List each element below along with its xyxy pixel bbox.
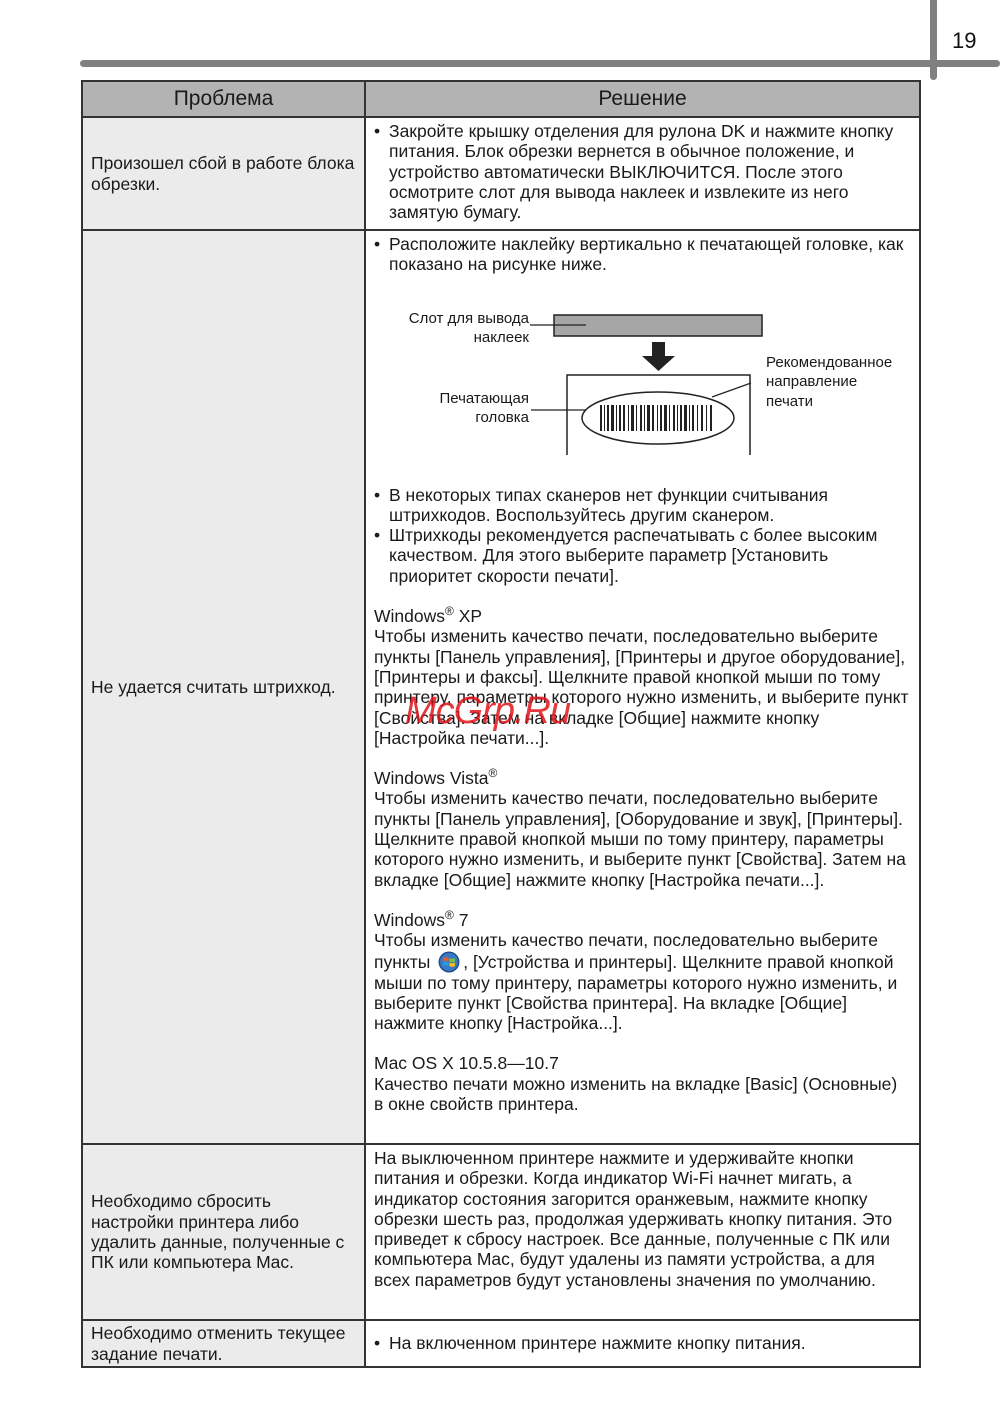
table-row: Необходимо отменить текущее задание печа… <box>82 1320 920 1367</box>
label-orientation-diagram: Слот для вывода наклеек Печатающая голов… <box>374 275 911 485</box>
solution-cell: Закройте крышку отделения для рулона DK … <box>365 117 920 230</box>
solution-cell: На выключенном принтере нажмите и удержи… <box>365 1144 920 1320</box>
label-print-direction: Рекомендованное направление печати <box>766 353 892 412</box>
label-output-slot: Слот для вывода наклеек <box>396 309 529 348</box>
problem-cell: Необходимо отменить текущее задание печа… <box>82 1320 365 1367</box>
table-header-row: Проблема Решение <box>82 81 920 117</box>
solution-bullet: В некоторых типах сканеров нет функции с… <box>374 485 911 526</box>
solution-bullet: На включенном принтере нажмите кнопку пи… <box>374 1333 911 1353</box>
solution-bullet: Расположите наклейку вертикально к печат… <box>374 234 911 275</box>
os-instructions-mac: Качество печати можно изменить на вкладк… <box>374 1074 911 1115</box>
column-header-solution: Решение <box>365 81 920 117</box>
problem-cell: Необходимо сбросить настройки принтера л… <box>82 1144 365 1320</box>
column-header-problem: Проблема <box>82 81 365 117</box>
os-heading-mac: Mac OS X 10.5.8—10.7 <box>374 1053 911 1073</box>
solution-bullet: Штрихкоды рекомендуется распечатывать с … <box>374 525 911 586</box>
os-heading-windows-vista: Windows Vista® <box>374 768 911 788</box>
table-row: Произошел сбой в работе блока обрезки. З… <box>82 117 920 230</box>
os-instructions-windows-xp: Чтобы изменить качество печати, последов… <box>374 626 911 748</box>
solution-bullet: Закройте крышку отделения для рулона DK … <box>374 121 911 222</box>
table-row: Необходимо сбросить настройки принтера л… <box>82 1144 920 1320</box>
label-print-head: Печатающая головка <box>396 389 529 428</box>
os-instructions-windows-7: Чтобы изменить качество печати, последов… <box>374 930 911 1033</box>
problem-cell: Не удается считать штрихкод. <box>82 230 365 1144</box>
header-rule <box>80 60 1000 67</box>
page-marker-rule <box>930 0 937 80</box>
page-number: 19 <box>952 28 976 54</box>
windows-start-icon <box>438 951 460 973</box>
os-heading-windows-xp: Windows® XP <box>374 606 911 626</box>
problem-cell: Произошел сбой в работе блока обрезки. <box>82 117 365 230</box>
solution-cell: На включенном принтере нажмите кнопку пи… <box>365 1320 920 1367</box>
table-row: Не удается считать штрихкод. Расположите… <box>82 230 920 1144</box>
os-heading-windows-7: Windows® 7 <box>374 910 911 930</box>
troubleshooting-table: Проблема Решение Произошел сбой в работе… <box>81 80 921 1368</box>
solution-cell: Расположите наклейку вертикально к печат… <box>365 230 920 1144</box>
os-instructions-windows-vista: Чтобы изменить качество печати, последов… <box>374 788 911 889</box>
